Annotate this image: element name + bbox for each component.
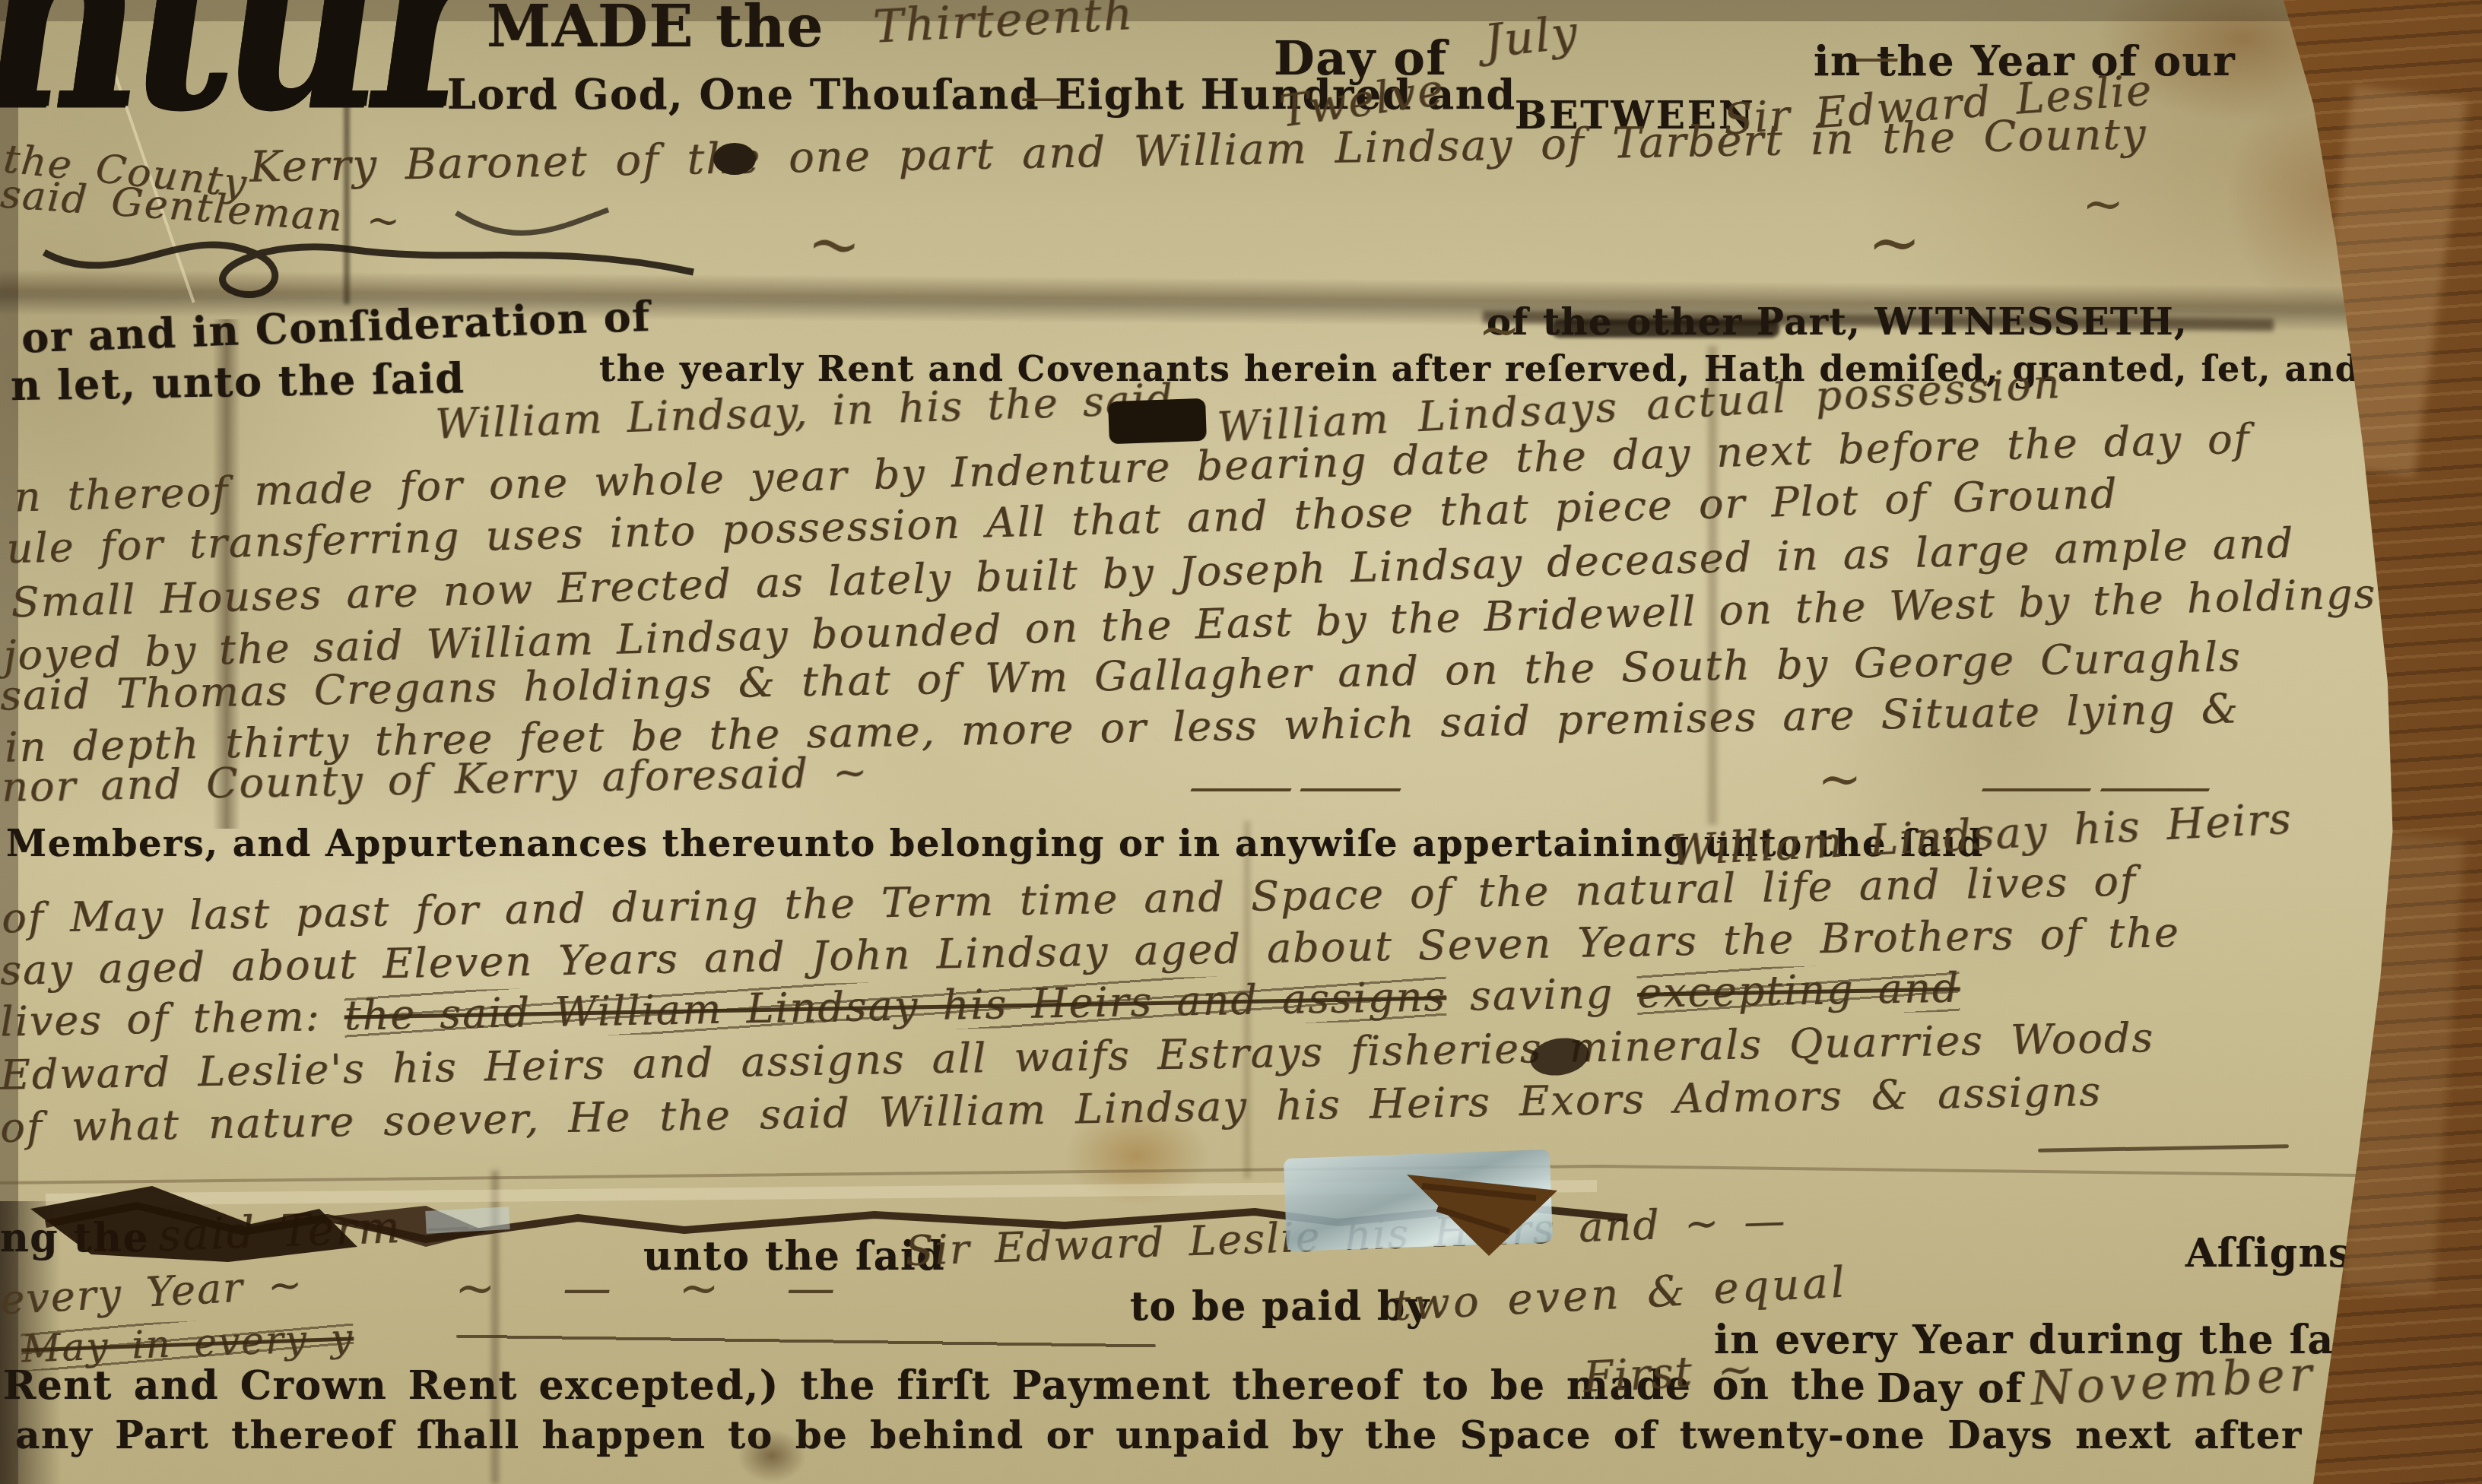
torn-fold-damage-band [0, 1133, 2482, 1315]
printed-made-the: MADE the [487, 0, 824, 60]
pen-flourish-underline [30, 205, 715, 319]
pen-squiggle: ~ [2082, 175, 2124, 233]
handwritten-day-thirteenth: Thirteenth [871, 0, 1135, 54]
pen-dash: —— [1977, 760, 2214, 813]
handwritten-saving: saving [1446, 969, 1637, 1020]
handwritten-month-july: July [1482, 6, 1581, 69]
pen-dash: — [1020, 73, 1062, 121]
pen-squiggle: ~ [803, 204, 866, 285]
pen-dash: — [1854, 30, 1900, 84]
pen-strike-line [456, 1335, 1156, 1348]
handwritten-first: First ~ [1582, 1344, 1756, 1403]
handwritten-lives-pre: lives of them: [0, 992, 344, 1046]
pen-squiggle: ~ [1817, 748, 1862, 810]
pen-dash: —— [1186, 760, 1405, 813]
printed-let-unto: n let, unto the ſaid [10, 354, 465, 410]
pen-squiggle: ~ [1478, 301, 1520, 360]
parchment-document: Indenture MADE the Day of in the Year of… [0, 0, 2482, 1484]
handwritten-struck-excepting: excepting and [1637, 964, 1960, 1017]
ink-redaction-blot [1108, 398, 1207, 444]
handwritten-parties-line: Kerry Baronet of the one part and Willia… [249, 109, 2147, 192]
printed-day-of-2: Day of [1877, 1365, 2023, 1412]
printed-witnesseth: of the other Part, WITNESSETH, [1487, 301, 2188, 344]
tape-glint [425, 1207, 509, 1234]
fold-crease-line [0, 1166, 2482, 1183]
paper-hole-dark-spot [713, 143, 756, 175]
photo-of-indenture: { "colors": { "parchment": "#cbc096", "w… [0, 0, 2482, 1484]
printed-any-part: any Part thereof ſhall happen to be behi… [15, 1413, 2482, 1457]
pen-squiggle: ~ [1868, 205, 1921, 280]
